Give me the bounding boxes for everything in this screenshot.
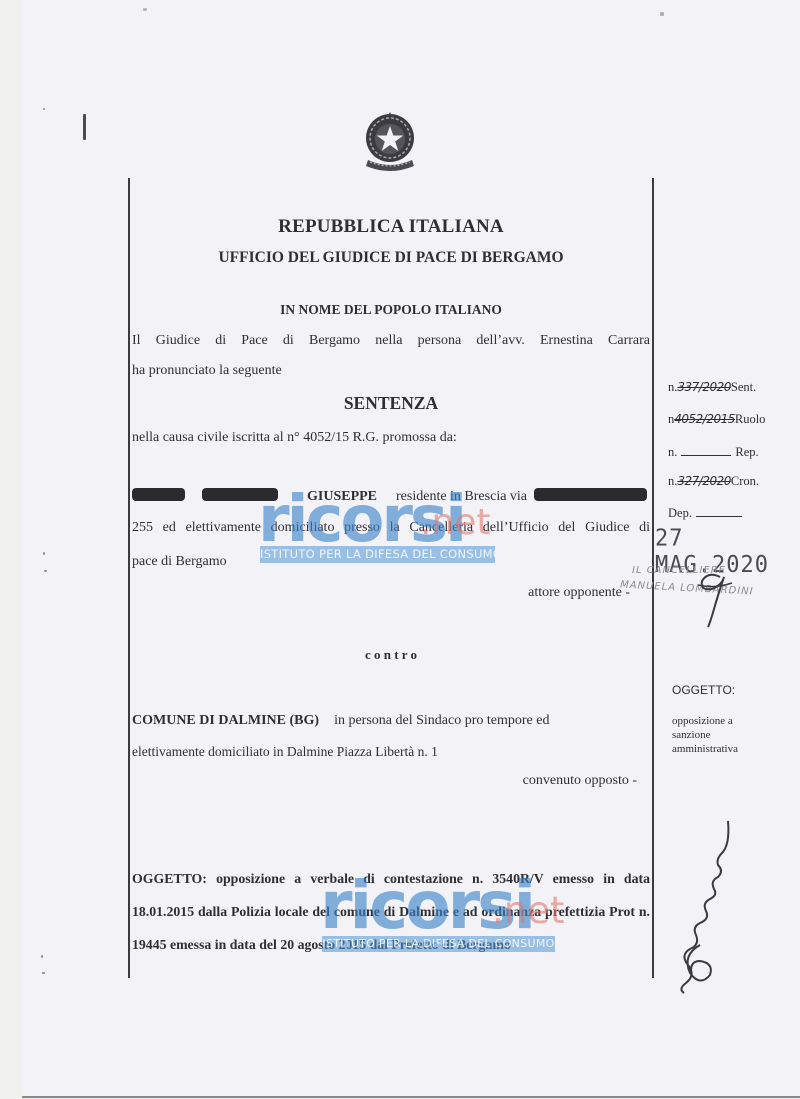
invocation-heading: IN NOME DEL POPOLO ITALIANO [130,302,652,318]
speck [143,8,147,11]
sidebar-subject-line-3: amministrativa [672,743,738,755]
speck [42,972,45,974]
italian-republic-emblem-icon [362,110,418,174]
left-margin-line [128,178,130,978]
registry-rep: n.Rep. [668,445,759,460]
case-line: nella causa civile iscritta al n° 4052/1… [132,423,650,452]
registry-cron: n.327/2020Cron. [668,474,759,489]
sidebar-subject-label: OGGETTO: [672,683,735,697]
registry-ruolo: n4052/2015Ruolo [668,412,765,427]
watermark-tld: .net [420,505,491,541]
speck [660,12,664,16]
handwritten-cron-number: 327/2020 [677,474,731,488]
sidebar-subject-line-1: opposizione a [672,715,733,727]
defendant-role: convenuto opposto - [132,766,637,795]
defendant-line-1: COMUNE DI DALMINE (BG) in persona del Si… [132,706,650,735]
right-margin-line [652,178,654,978]
redacted-address [534,488,647,501]
judge-signature-icon [670,815,750,995]
watermark-tagline: ISTITUTO PER LA DIFESA DEL CONSUMO [322,936,555,952]
plaintiff-role: attore opponente - [132,578,630,607]
document-type: SENTENZA [130,393,652,414]
subject-label: OGGETTO: [132,871,207,886]
defendant-name: COMUNE DI DALMINE (BG) [132,713,319,728]
speck [43,108,45,110]
punch-mark [83,114,86,140]
defendant-line-2: elettivamente domiciliato in Dalmine Pia… [132,737,650,766]
watermark-tagline: ISTITUTO PER LA DIFESA DEL CONSUMO [260,546,495,563]
intro-line-2: ha pronunciato la seguente [132,356,650,385]
handwritten-sent-number: 337/2020 [677,380,731,394]
speck [41,955,43,958]
versus-label: c o n t r o [130,647,652,663]
clerk-signature-icon [690,565,740,630]
speck [43,552,45,555]
speck [44,570,47,572]
registry-dep: Dep. [668,506,742,521]
court-office: UFFICIO DEL GIUDICE DI PACE DI BERGAMO [130,249,652,267]
document-title: REPUBBLICA ITALIANA [130,216,652,238]
redacted-surname-1 [132,488,185,501]
watermark-tld: .net [492,892,564,929]
handwritten-ruolo-number: 4052/2015 [674,412,735,426]
defendant-line-1-rest: in persona del Sindaco pro tempore ed [334,713,549,728]
registry-sent: n.337/2020Sent. [668,380,756,395]
sidebar-subject-line-2: sanzione [672,729,710,741]
intro-line-1: Il Giudice di Pace di Bergamo nella pers… [132,326,650,355]
